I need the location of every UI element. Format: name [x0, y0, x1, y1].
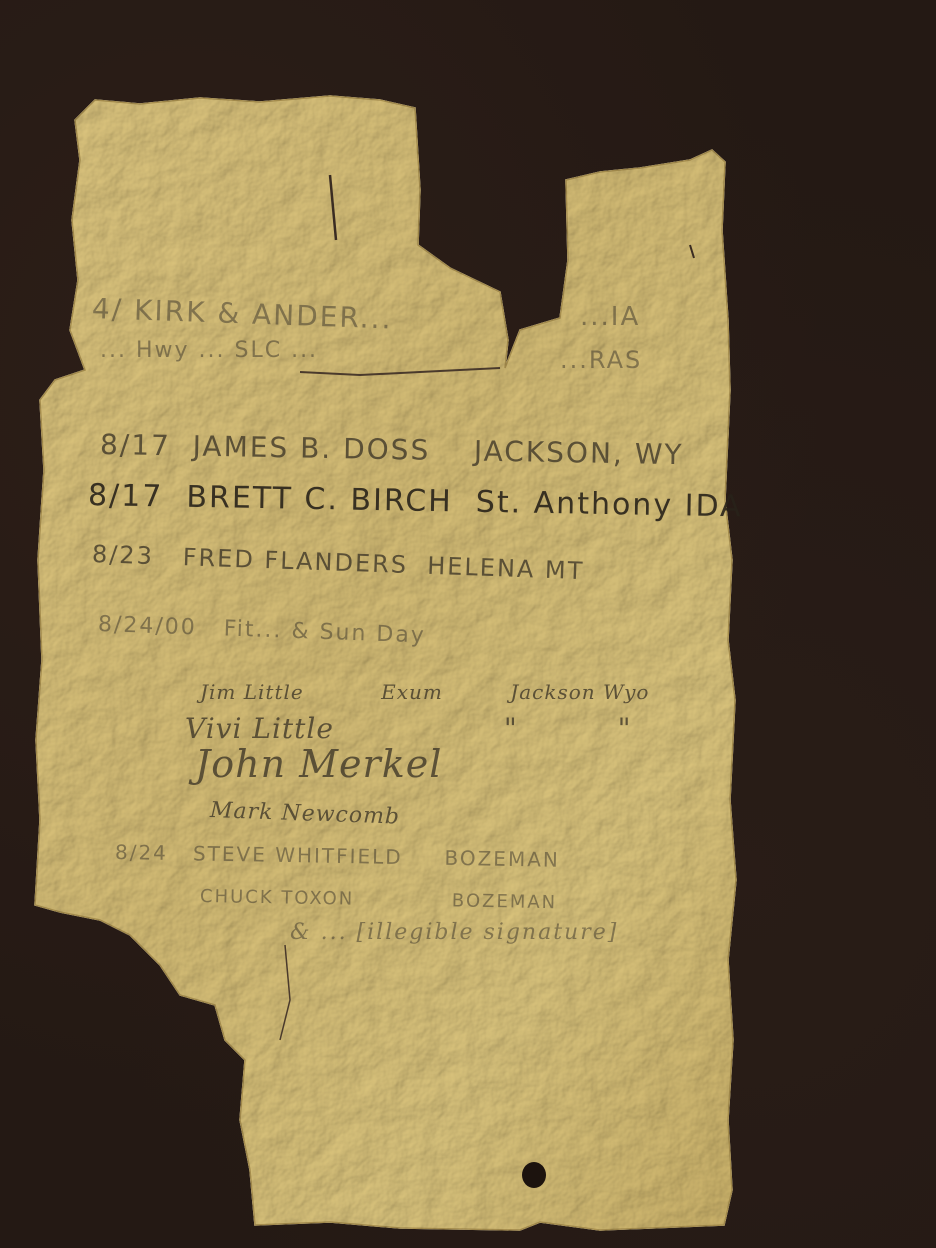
fragment-line-1-right: ...IA — [580, 302, 640, 332]
fragment-line-2: ... Hwy ... SLC ... — [100, 338, 318, 363]
entry-place: JACKSON, WY — [474, 435, 684, 472]
entry-place: HELENA MT — [427, 552, 585, 585]
signature-row: Jim Little Exum Jackson Wyo — [200, 680, 649, 704]
punch-hole — [522, 1162, 546, 1188]
entry-date: 8/23 — [92, 540, 155, 570]
entry-name: STEVE WHITFIELD — [193, 841, 403, 869]
fragment-text: ... Hwy ... SLC ... — [100, 338, 318, 363]
signature-name: Jim Little — [200, 680, 304, 704]
scrawl-text: & ... [illegible signature] — [290, 920, 618, 945]
entry-place: St. Anthony IDA — [476, 485, 743, 525]
entry-name: JAMES B. DOSS — [192, 430, 430, 467]
entry-date: 8/17 — [88, 478, 164, 514]
entry-name: CHUCK TOXON — [200, 886, 355, 910]
entry-place: BOZEMAN — [444, 846, 560, 872]
entry-date: 8/24 — [115, 840, 168, 865]
signature-place: " — [618, 712, 632, 745]
fragment-text: ...IA — [580, 302, 640, 332]
signature-note: Exum — [381, 680, 443, 704]
entry-place: BOZEMAN — [452, 890, 558, 913]
signature-place: Jackson Wyo — [510, 680, 649, 704]
scrawl-signature: & ... [illegible signature] — [290, 920, 618, 945]
torn-paper-sheet: 4/ KIRK & ANDER... ...IA ... Hwy ... SLC… — [0, 0, 936, 1248]
signature-name: John Merkel — [195, 742, 442, 786]
fragment-text: ...RAS — [560, 346, 642, 374]
signature-row: Vivi Little " " — [185, 712, 632, 745]
entry-name: BRETT C. BIRCH — [186, 480, 453, 520]
signature-name: Vivi Little — [185, 712, 334, 745]
fragment-line-2-right: ...RAS — [560, 346, 642, 374]
signature-row: John Merkel — [195, 742, 442, 786]
signature-note: " — [504, 712, 518, 745]
entry-date: 8/24/00 — [98, 612, 198, 640]
entry-date: 8/17 — [100, 428, 171, 462]
